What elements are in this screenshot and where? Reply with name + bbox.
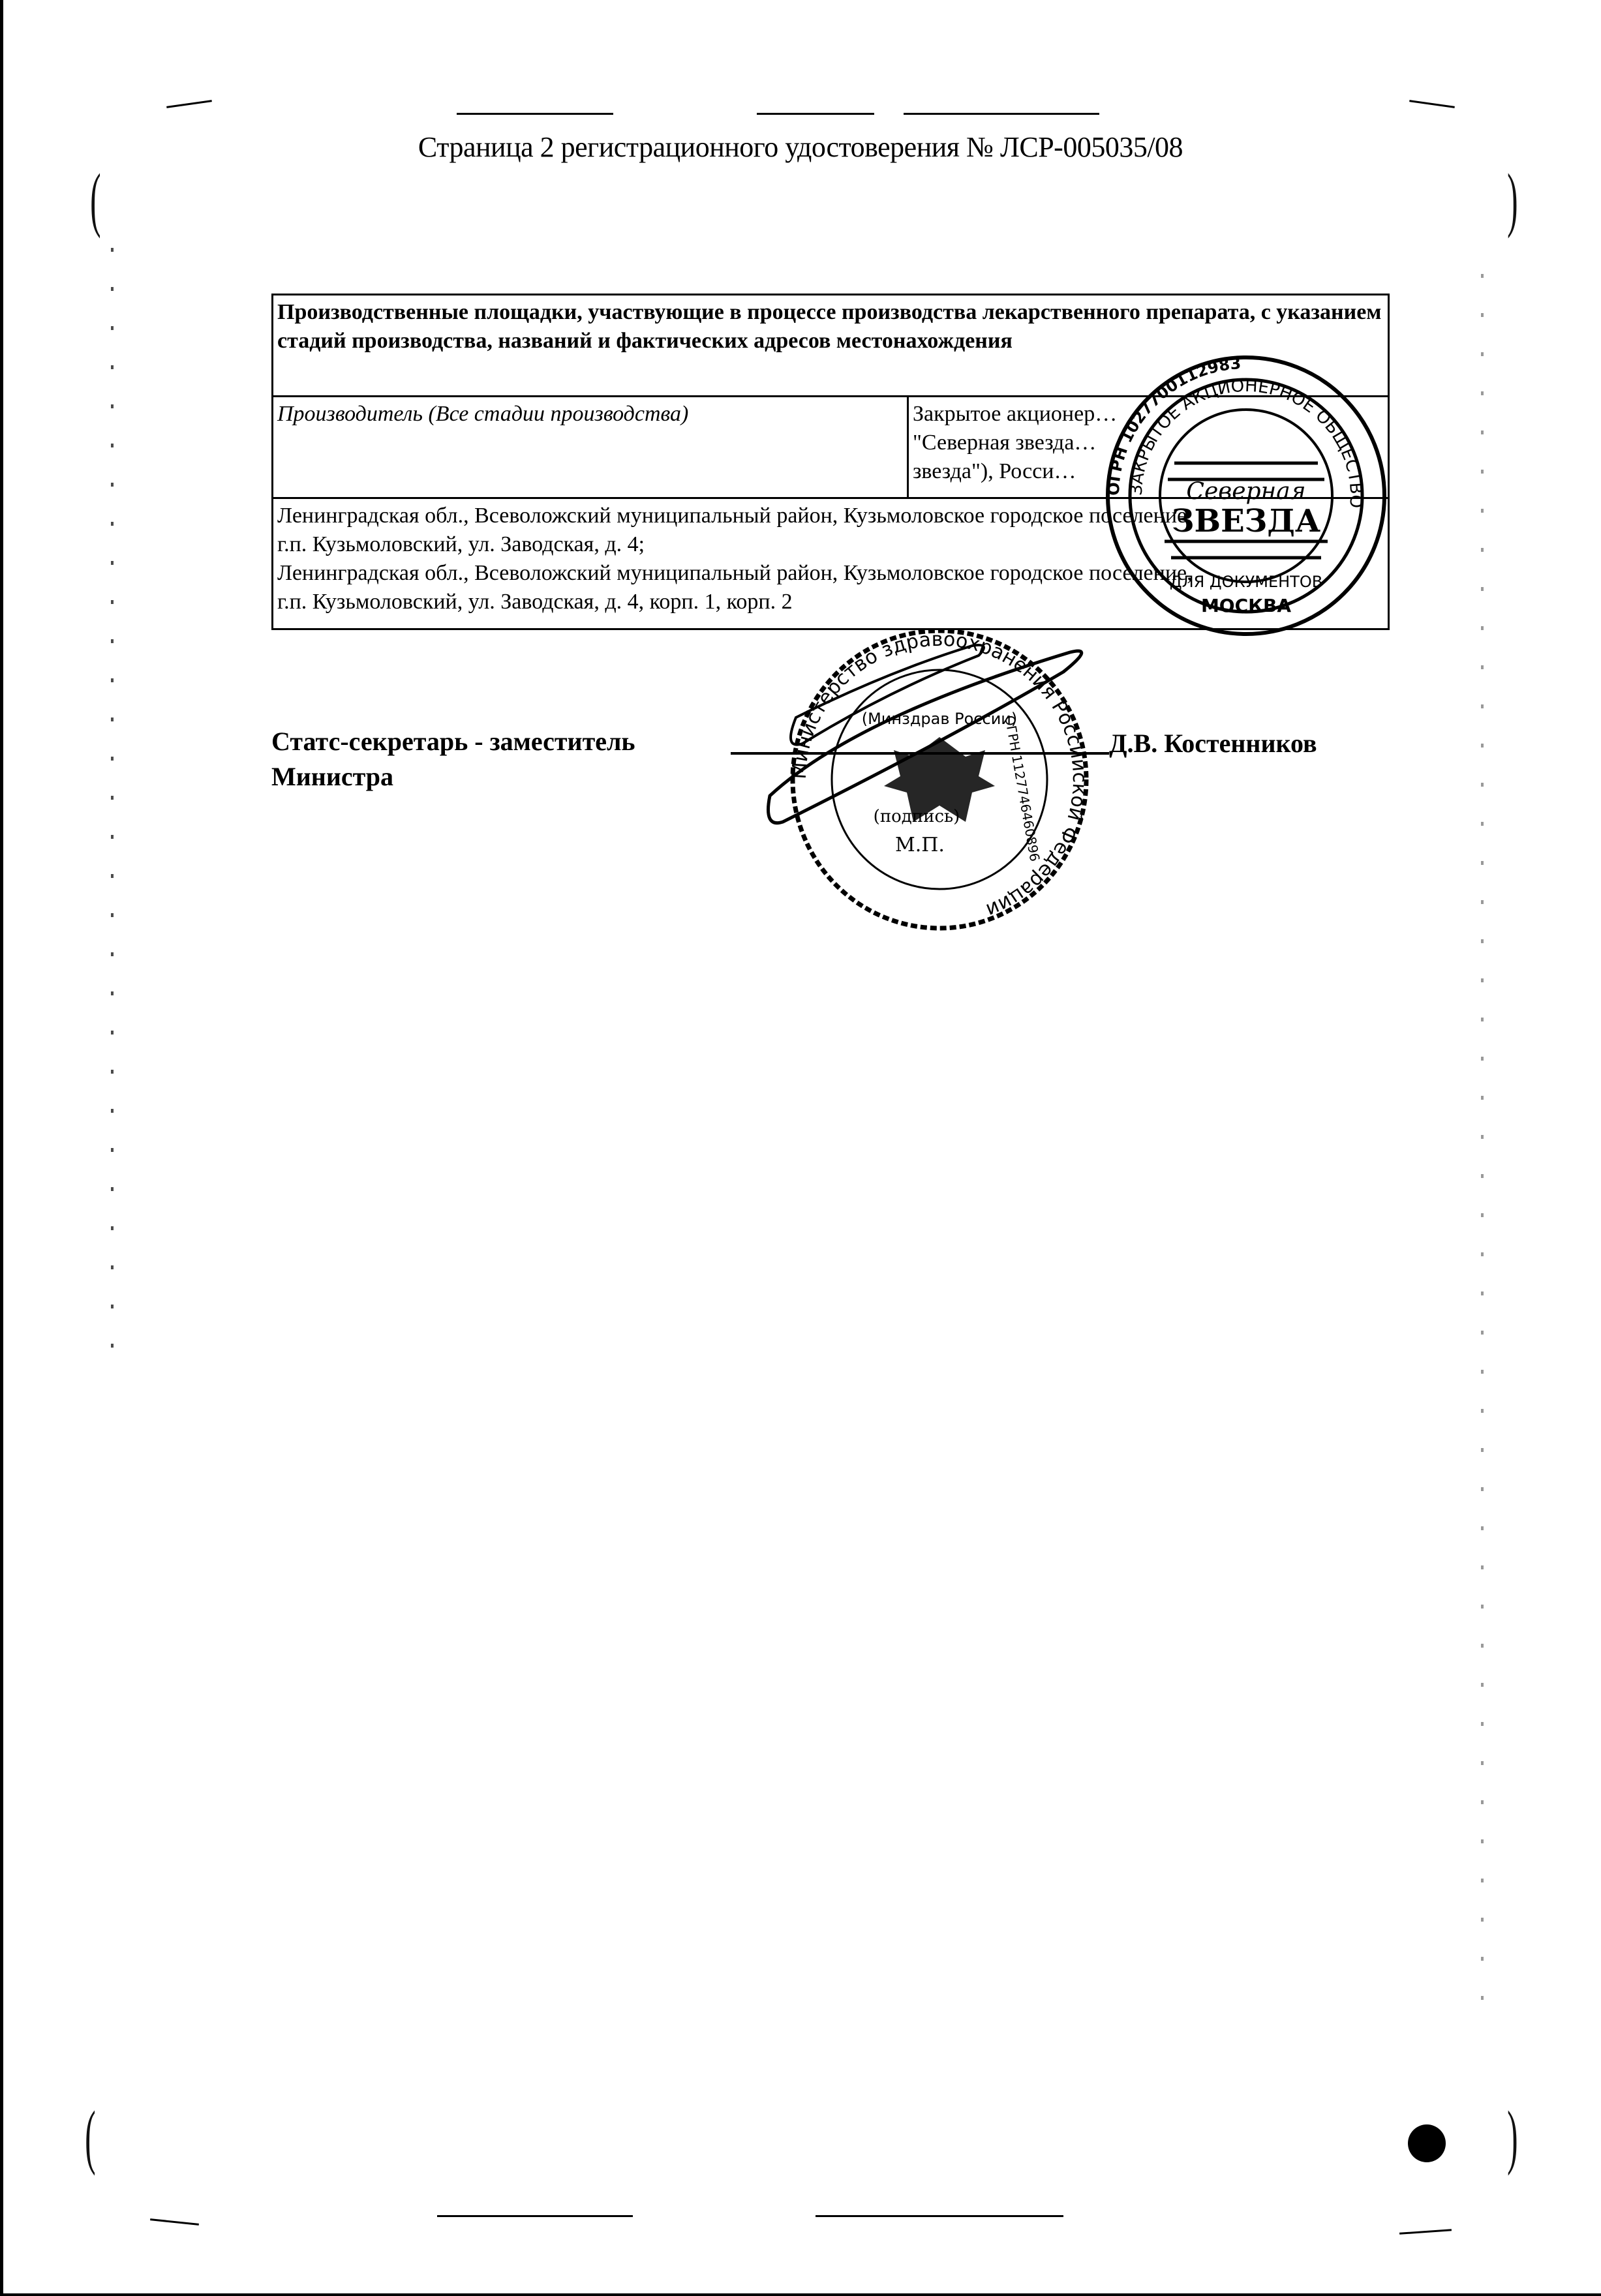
scan-bracket-top-left: ( (90, 163, 100, 235)
scan-bracket-bottom-left: ( (85, 2100, 95, 2172)
scan-bracket-bottom-right: ) (1507, 2100, 1517, 2172)
scan-specks-right (1481, 274, 1484, 2035)
ministry-seal-number: ОГРН 1127746460896 (1001, 714, 1043, 863)
company-seal-inner-bottom: ДЛЯ ДОКУМЕНТОВ (1170, 573, 1322, 591)
scan-artifact-line (1399, 2229, 1452, 2235)
signatory-name: Д.В. Костенников (1109, 728, 1317, 759)
scan-artifact-line (437, 2215, 633, 2217)
scan-punch-hole (1408, 2124, 1446, 2162)
scan-specks-left (111, 248, 114, 1357)
signatory-position-line: Министра (271, 759, 635, 794)
scan-artifact-line (150, 2218, 199, 2226)
company-seal-center-main: ЗВЕЗДА (1172, 503, 1320, 539)
scan-artifact-line (166, 100, 212, 108)
company-seal-stamp: ОГРН 1027700112983 ЗАКРЫТОЕ АКЦИОНЕРНОЕ … (1103, 352, 1390, 639)
scan-artifact-line (757, 113, 874, 115)
ministry-seal-stamp: Министерство здравоохранения Российской … (757, 626, 1122, 933)
company-seal-bottom: МОСКВА (1201, 595, 1291, 616)
signatory-position: Статс-секретарь - заместитель Министра (271, 724, 635, 794)
scan-artifact-line (457, 113, 613, 115)
scan-artifact-line (904, 113, 1099, 115)
ministry-seal-mp-label: М.П. (895, 834, 945, 856)
manufacturer-role: Производитель (Все стадии производства) (273, 397, 908, 498)
ministry-seal-signature-label: (подпись) (874, 807, 960, 826)
scan-artifact-line (1409, 100, 1455, 108)
scan-bracket-top-right: ) (1507, 163, 1517, 235)
scan-edge-left (0, 0, 3, 2296)
page-title: Страница 2 регистрационного удостоверени… (0, 130, 1601, 164)
scan-artifact-line (816, 2215, 1063, 2217)
scan-edge-bottom (0, 2293, 1601, 2296)
signatory-position-line: Статс-секретарь - заместитель (271, 724, 635, 759)
company-seal-center-top: Северная (1186, 478, 1305, 505)
